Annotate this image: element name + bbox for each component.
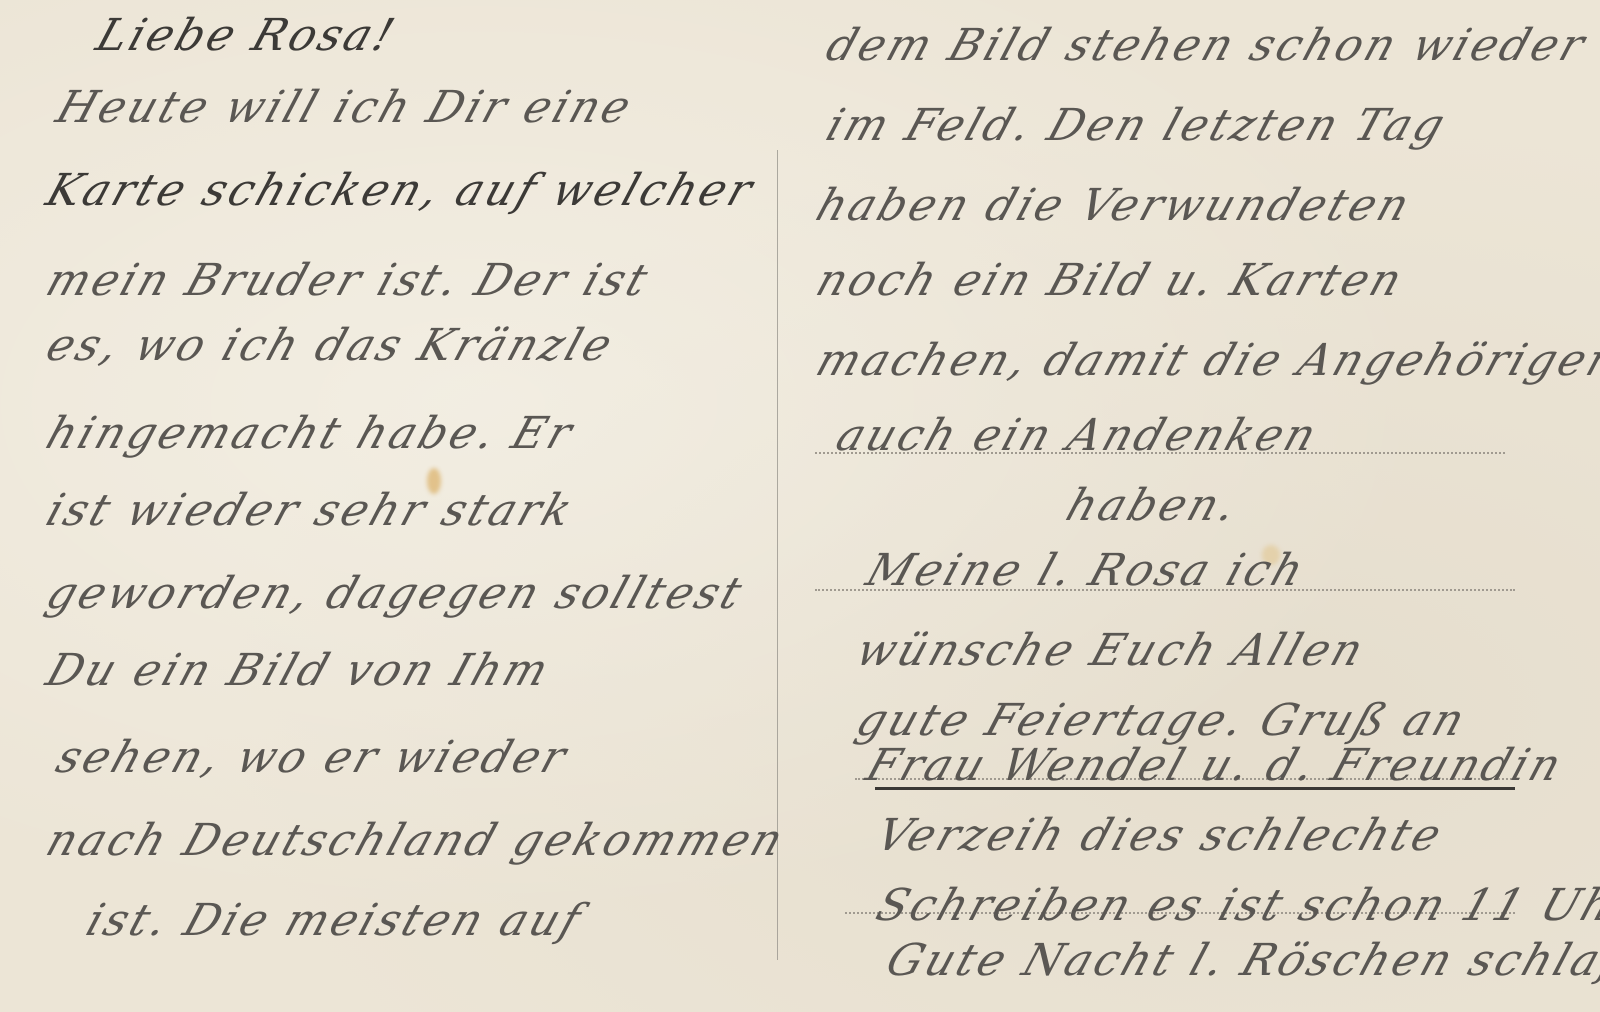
handwritten-line: haben die Verwundeten xyxy=(810,180,1418,231)
salutation: Liebe Rosa! xyxy=(90,10,403,61)
handwritten-line: haben. xyxy=(1060,480,1246,531)
handwritten-line: nach Deutschland gekommen xyxy=(40,815,792,866)
handwritten-line: ist. Die meisten auf xyxy=(80,895,590,946)
handwritten-line: ist wieder sehr stark xyxy=(40,485,581,536)
handwritten-line: noch ein Bild u. Karten xyxy=(810,255,1411,306)
handwritten-line: Schreiben es ist schon 11 Uhr xyxy=(870,880,1600,931)
handwritten-line: Meine l. Rosa ich xyxy=(860,545,1313,596)
handwritten-line: wünsche Euch Allen xyxy=(850,625,1372,676)
handwritten-line: Heute will ich Dir eine xyxy=(50,82,640,133)
handwritten-line: sehen, wo er wieder xyxy=(50,732,575,783)
handwritten-line: auch ein Andenken xyxy=(830,410,1325,461)
handwritten-line: Karte schicken, auf welcher xyxy=(40,165,761,216)
handwritten-line: mein Bruder ist. Der ist xyxy=(40,255,657,306)
handwritten-line: machen, damit die Angehörigen xyxy=(810,335,1600,386)
handwritten-line: dem Bild stehen schon wieder xyxy=(820,20,1594,71)
handwritten-line: es, wo ich das Kränzle xyxy=(40,320,621,371)
handwritten-line: geworden, dagegen solltest xyxy=(40,568,751,619)
handwritten-line: Frau Wendel u. d. Freundin xyxy=(860,740,1570,791)
handwritten-line: hingemacht habe. Er xyxy=(40,408,581,459)
handwritten-line: Du ein Bild von Ihm xyxy=(40,645,557,696)
handwritten-line: im Feld. Den letzten Tag xyxy=(820,100,1454,151)
handwritten-line: Gute Nacht l. Röschen schlaf wohl. xyxy=(880,935,1600,986)
postcard: Liebe Rosa! Heute will ich Dir eine Kart… xyxy=(0,0,1600,1012)
handwritten-line: gute Feiertage. Gruß an xyxy=(850,695,1474,746)
handwritten-line: Verzeih dies schlechte xyxy=(870,810,1450,861)
